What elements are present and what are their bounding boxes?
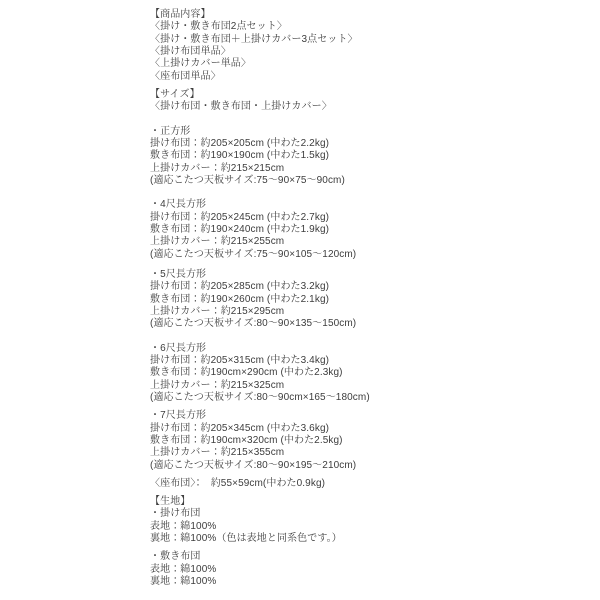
product-contents-item: 〈掛け・敷き布団＋上掛けカバー3点セット〉 [150,34,580,46]
section-title-product-contents: 【商品内容】 [150,9,580,21]
size-shiki-futon: 敷き布団：約190×240cm (中わた1.9kg) [150,224,580,236]
size-uwagake-cover: 上掛けカバー：約215×355cm [150,447,580,459]
size-tabletop-note: (適応こたつ天板サイズ:80～90cm×165～180cm) [150,392,580,404]
section-product-contents: 【商品内容】 〈掛け・敷き布団2点セット〉 〈掛け・敷き布団＋上掛けカバー3点セ… [150,9,580,83]
zabuton-size: 〈座布団〉： 約55×59cm(中わた0.9kg) [150,478,580,490]
section-fabric-kake: 【生地】 ・掛け布団 表地：綿100% 裏地：綿100%（色は表地と同系色です。… [150,496,580,545]
size-uwagake-cover: 上掛けカバー：約215×215cm [150,163,580,175]
section-size-6shaku: ・6尺長方形 掛け布団：約205×315cm (中わた3.4kg) 敷き布団：約… [150,343,580,405]
section-size-4shaku: ・4尺長方形 掛け布団：約205×245cm (中わた2.7kg) 敷き布団：約… [150,199,580,261]
size-kake-futon: 掛け布団：約205×345cm (中わた3.6kg) [150,423,580,435]
fabric-front: 表地：綿100% [150,564,580,576]
size-kake-futon: 掛け布団：約205×205cm (中わた2.2kg) [150,138,580,150]
section-size-5shaku: ・5尺長方形 掛け布団：約205×285cm (中わた3.2kg) 敷き布団：約… [150,269,580,331]
product-contents-item: 〈上掛けカバー単品〉 [150,58,580,70]
size-uwagake-cover: 上掛けカバー：約215×325cm [150,380,580,392]
section-size-7shaku: ・7尺長方形 掛け布団：約205×345cm (中わた3.6kg) 敷き布団：約… [150,410,580,472]
size-subtitle: 〈掛け布団・敷き布団・上掛けカバー〉 [150,101,580,113]
fabric-back: 裏地：綿100%（色は表地と同系色です。） [150,533,580,545]
size-shiki-futon: 敷き布団：約190×190cm (中わた1.5kg) [150,150,580,162]
size-tabletop-note: (適応こたつ天板サイズ:75～90×75～90cm) [150,175,580,187]
section-size-square: ・正方形 掛け布団：約205×205cm (中わた2.2kg) 敷き布団：約19… [150,126,580,188]
product-contents-item: 〈掛け布団単品〉 [150,46,580,58]
size-tabletop-note: (適応こたつ天板サイズ:80～90×135～150cm) [150,318,580,330]
size-shape-label: ・7尺長方形 [150,410,580,422]
size-shiki-futon: 敷き布団：約190cm×290cm (中わた2.3kg) [150,367,580,379]
fabric-item-label: ・敷き布団 [150,551,580,563]
size-shape-label: ・6尺長方形 [150,343,580,355]
fabric-item-label: ・掛け布団 [150,508,580,520]
section-size-header: 【サイズ】 〈掛け布団・敷き布団・上掛けカバー〉 [150,89,580,114]
section-zabuton-size: 〈座布団〉： 約55×59cm(中わた0.9kg) [150,478,580,490]
size-kake-futon: 掛け布団：約205×285cm (中わた3.2kg) [150,281,580,293]
size-uwagake-cover: 上掛けカバー：約215×255cm [150,236,580,248]
size-shape-label: ・5尺長方形 [150,269,580,281]
size-kake-futon: 掛け布団：約205×315cm (中わた3.4kg) [150,355,580,367]
size-uwagake-cover: 上掛けカバー：約215×295cm [150,306,580,318]
section-title-size: 【サイズ】 [150,89,580,101]
size-kake-futon: 掛け布団：約205×245cm (中わた2.7kg) [150,212,580,224]
product-contents-item: 〈座布団単品〉 [150,71,580,83]
size-tabletop-note: (適応こたつ天板サイズ:75～90×105～120cm) [150,249,580,261]
section-fabric-shiki: ・敷き布団 表地：綿100% 裏地：綿100% [150,551,580,588]
section-title-fabric: 【生地】 [150,496,580,508]
product-description-document: 【商品内容】 〈掛け・敷き布団2点セット〉 〈掛け・敷き布団＋上掛けカバー3点セ… [0,0,600,600]
fabric-front: 表地：綿100% [150,521,580,533]
size-tabletop-note: (適応こたつ天板サイズ:80～90×195～210cm) [150,460,580,472]
product-contents-item: 〈掛け・敷き布団2点セット〉 [150,21,580,33]
fabric-back: 裏地：綿100% [150,576,580,588]
size-shiki-futon: 敷き布団：約190×260cm (中わた2.1kg) [150,294,580,306]
size-shape-label: ・正方形 [150,126,580,138]
size-shape-label: ・4尺長方形 [150,199,580,211]
size-shiki-futon: 敷き布団：約190cm×320cm (中わた2.5kg) [150,435,580,447]
